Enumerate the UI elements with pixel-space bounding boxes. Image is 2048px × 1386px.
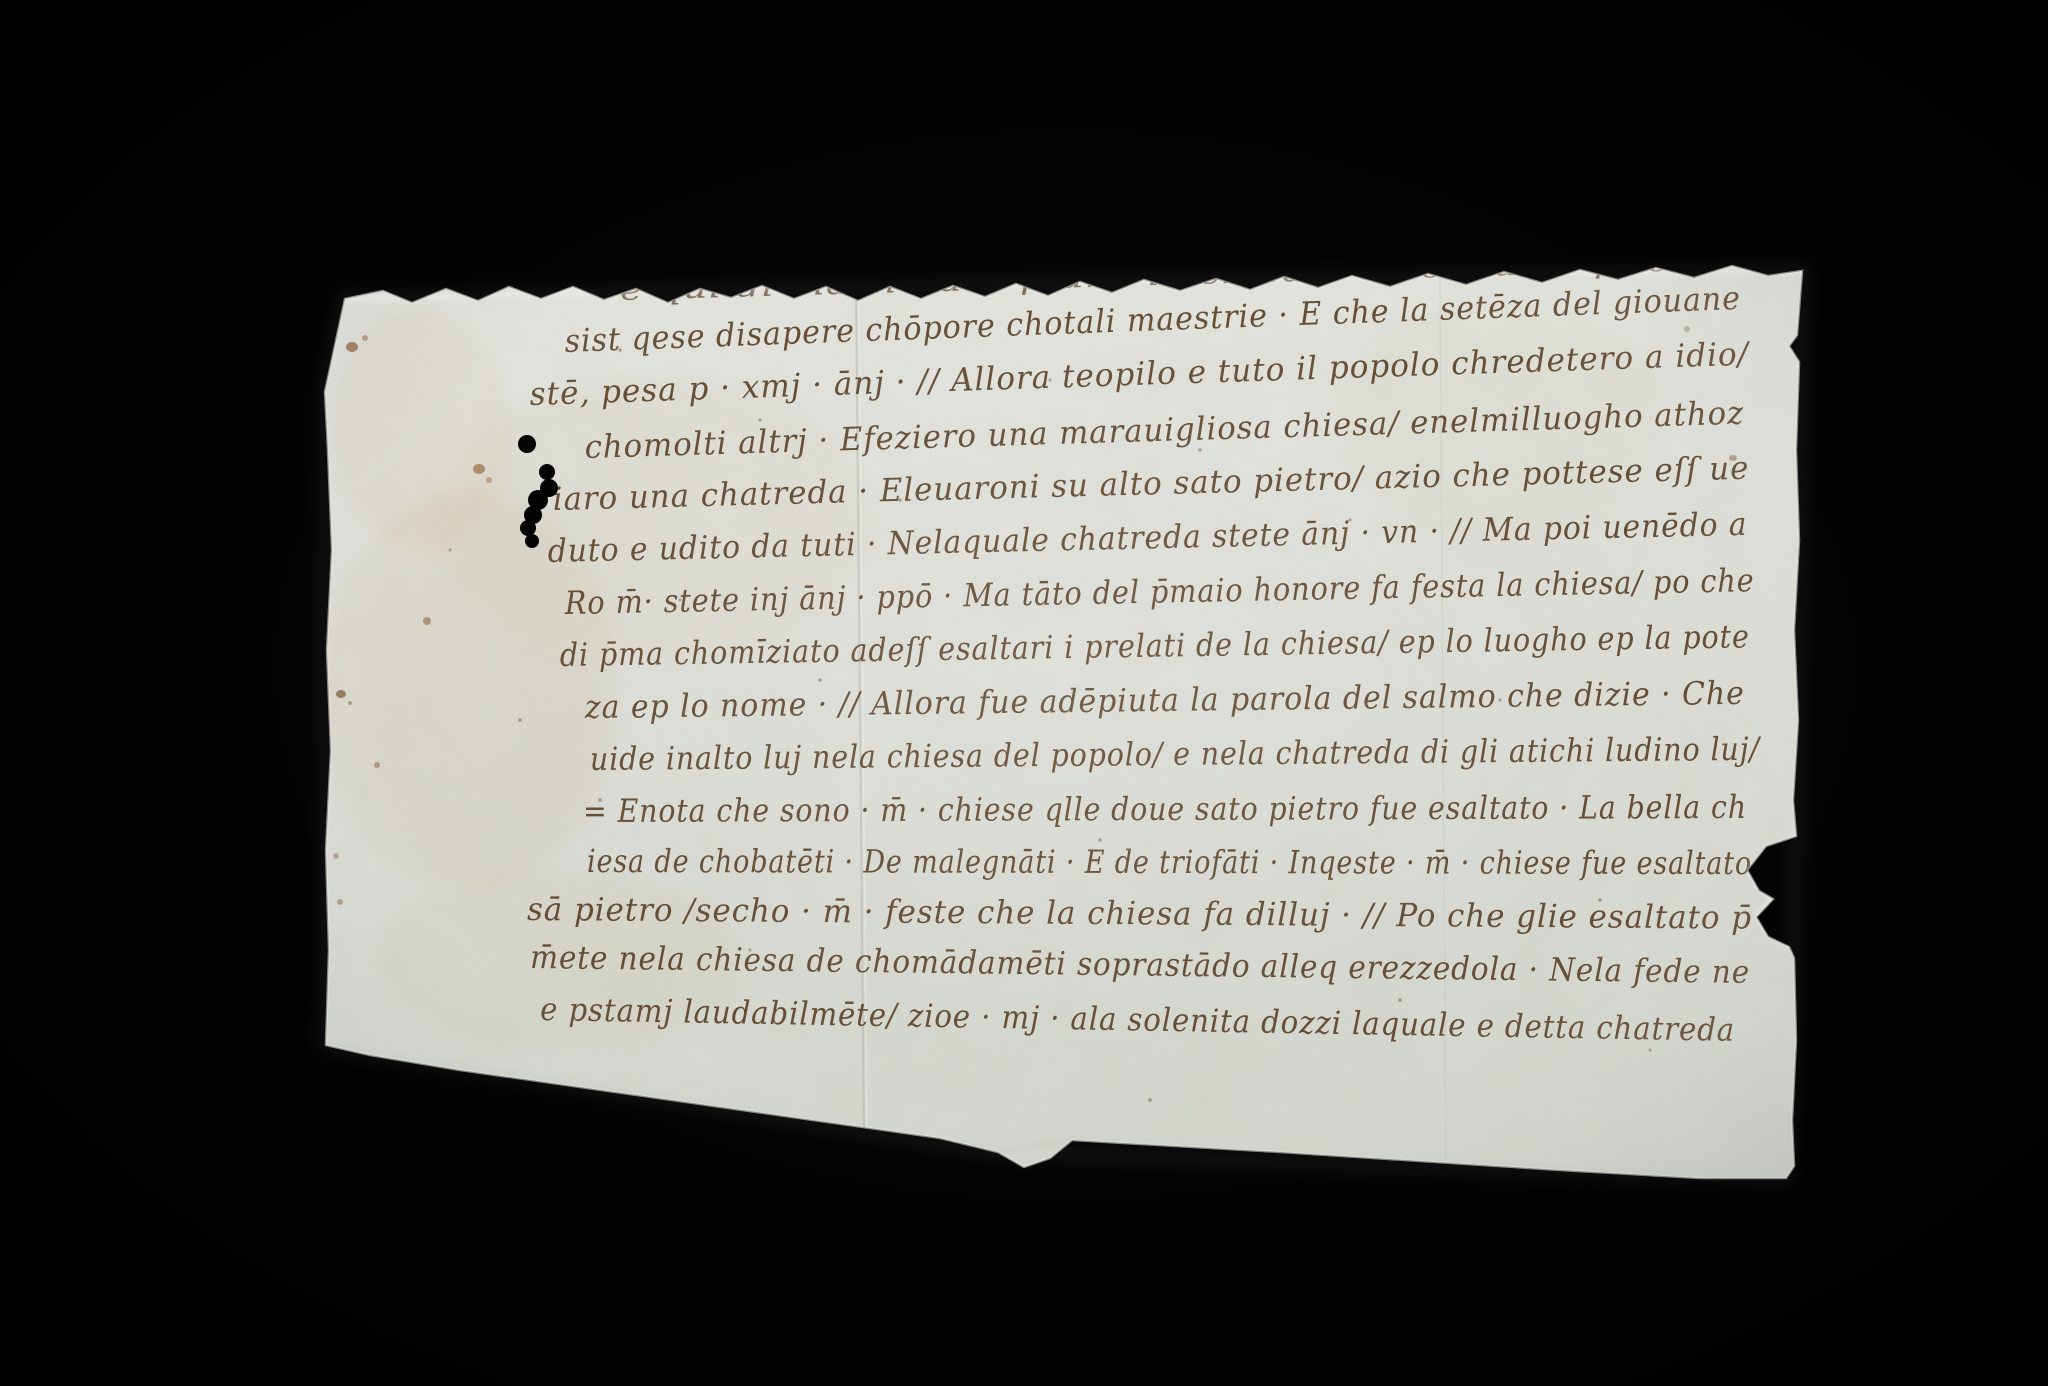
photo-background: e qui di machetare p une le chisa e uo c… <box>0 0 2048 1386</box>
manuscript-photo: e qui di machetare p une le chisa e uo c… <box>0 0 2048 1386</box>
parchment-page: e qui di machetare p une le chisa e uo c… <box>300 240 1840 1220</box>
page-lighting <box>300 240 1840 1220</box>
